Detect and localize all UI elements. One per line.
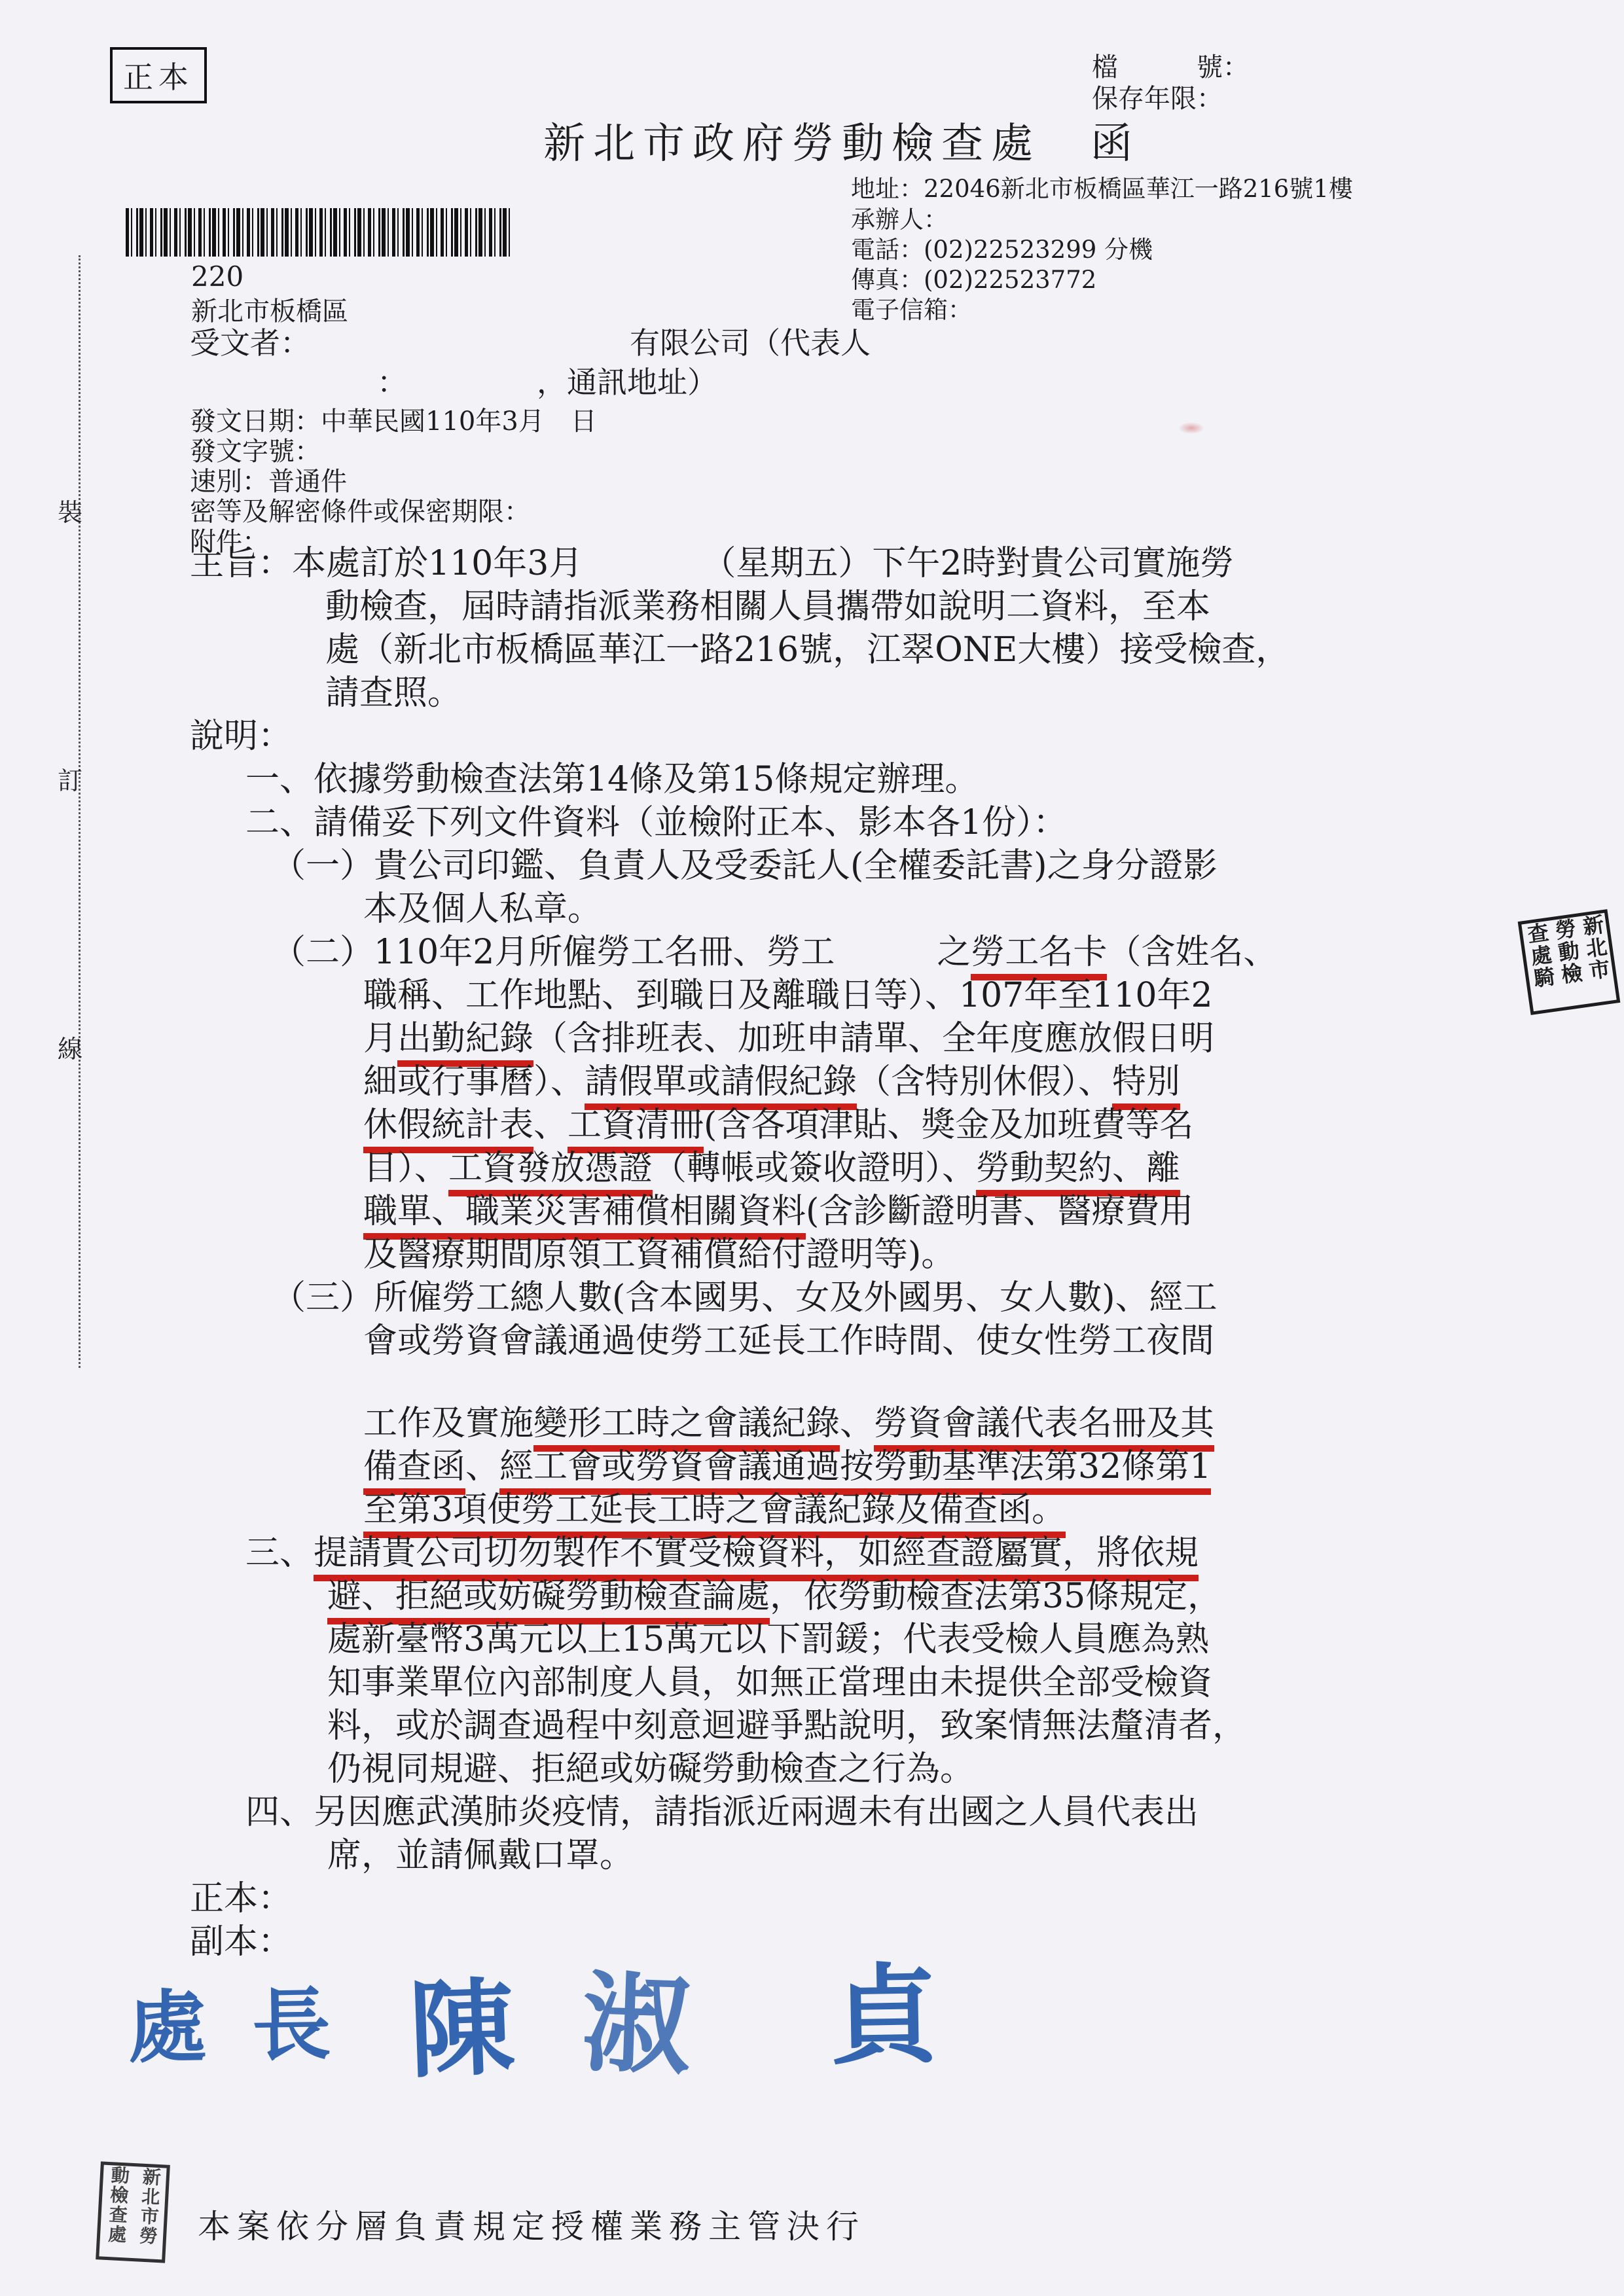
doc-text: 動檢查，屆時請指派業務相關人員攜帶如說明二資料，至本	[325, 587, 1210, 626]
doc-line: 月出勤紀錄（含排班表、加班申請單、全年度應放假日明	[363, 1018, 1214, 1059]
signature-title: 處長	[127, 1962, 378, 2079]
doc-text: 、	[533, 1105, 568, 1145]
doc-text: （轉帳或簽收證明）、	[653, 1149, 976, 1188]
seal-text-column: 動檢查處	[105, 2165, 128, 2257]
doc-text: 工作及實施	[363, 1404, 533, 1443]
doc-line: 料，或於調查過程中刻意迴避爭點說明，致案情無法釐清者，	[327, 1706, 1246, 1746]
doc-line: 細或行事曆）、請假單或請假紀錄（含特別休假）、特別	[363, 1062, 1180, 1102]
doc-text: 及醫療期間原領工資補償給付證明等)。	[363, 1235, 955, 1274]
doc-line: 主旨：本處訂於110年3月 （星期五）下午2時對貴公司實施勞	[190, 543, 1234, 584]
doc-line: 及醫療期間原領工資補償給付證明等)。	[363, 1234, 955, 1275]
red-underlined-phrase: 勞資會議代表名冊及其	[874, 1404, 1214, 1452]
doc-text: 二、請備妥下列文件資料（並檢附正本、影本各1份）：	[245, 803, 1067, 842]
doc-text: (含診斷證明書、醫療費用	[806, 1192, 1193, 1231]
doc-text: 職稱、工作地點、到職日及離職日等）、107年至110年2	[363, 976, 1213, 1015]
doc-text: 請查照。	[325, 673, 461, 713]
recipient-value: 有限公司（代表人	[630, 319, 871, 363]
red-underlined-phrase: 經工會或勞資會議通過按勞動基準法第32條第1	[499, 1447, 1211, 1495]
seal-text-column: 新北市	[1580, 913, 1613, 1003]
red-underlined-phrase: 勞工名卡	[971, 933, 1107, 980]
binding-dotted-line	[79, 255, 81, 1368]
doc-line: 一、依據勞動檢查法第14條及第15條規定辦理。	[245, 759, 979, 800]
doc-line: 目）、工資發放憑證（轉帳或簽收證明）、勞動契約、離	[363, 1148, 1180, 1189]
doc-line: 職稱、工作地點、到職日及離職日等）、107年至110年2	[363, 975, 1213, 1016]
doc-text: （三）所僱勞工總人數(含本國男、女及外國男、女人數)、經工	[272, 1278, 1218, 1318]
copy-type-stamp: 正本	[110, 47, 207, 103]
binding-mark-xian: 線	[58, 1029, 82, 1065]
doc-line: （一）貴公司印鑑、負責人及受委託人(全權委託書)之身分證影	[272, 846, 1218, 886]
red-underlined-phrase: 工資發放憑證	[448, 1149, 653, 1196]
doc-text: 正本：	[190, 1879, 292, 1918]
binding-mark-ding: 訂	[58, 761, 82, 797]
doc-text: 副本：	[190, 1922, 292, 1962]
document-title: 新北市政府勞動檢查處 函	[543, 110, 1140, 170]
red-underlined-phrase: 休假統計表	[363, 1105, 533, 1153]
doc-text: 料，或於調查過程中刻意迴避爭點說明，致案情無法釐清者，	[327, 1706, 1246, 1746]
doc-line: 動檢查，屆時請指派業務相關人員攜帶如說明二資料，至本	[325, 586, 1210, 627]
doc-text: 知事業單位內部制度人員，如無正當理由未提供全部受檢資	[327, 1663, 1212, 1702]
doc-line: 副本：	[190, 1922, 292, 1962]
agency-address: 地址：22046新北市板橋區華江一路216號1樓	[851, 169, 1353, 204]
signature-name-char2: 淑	[580, 1937, 693, 2096]
doc-text: （含姓名、	[1107, 933, 1277, 972]
authorization-seal: 新北市勞 動檢查處	[96, 2161, 170, 2263]
doc-line: 仍視同規避、拒絕或妨礙勞動檢查之行為。	[327, 1749, 974, 1789]
file-number-label: 檔 號：	[1092, 52, 1249, 82]
delegation-note: 本案依分層負責規定授權業務主管決行	[198, 2200, 865, 2248]
doc-text: 處新臺幣3萬元以上15萬元以下罰鍰；代表受檢人員應為熟	[327, 1620, 1209, 1659]
doc-text: (含各項津貼、獎金及加班費等名	[704, 1105, 1193, 1145]
doc-text: 會或勞資會議通過使勞工延長工作時間、使女性勞工夜間	[363, 1321, 1214, 1361]
recipient-label: 受文者：	[190, 319, 310, 363]
signature-name-char1: 陳	[406, 1943, 516, 2097]
doc-line: 備查函、經工會或勞資會議通過按勞動基準法第32條第1	[363, 1446, 1211, 1487]
doc-line: 休假統計表、工資清冊(含各項津貼、獎金及加班費等名	[363, 1105, 1193, 1145]
doc-line: 本及個人私章。	[363, 889, 602, 929]
doc-text: 本及個人私章。	[363, 889, 602, 929]
postal-code: 220	[191, 260, 244, 293]
doc-line: 處新臺幣3萬元以上15萬元以下罰鍰；代表受檢人員應為熟	[327, 1619, 1209, 1660]
doc-line: （二）110年2月所僱勞工名冊、勞工 之勞工名卡（含姓名、	[272, 932, 1277, 973]
signature-name-char3: 貞	[829, 1929, 939, 2086]
recipient-line2-colon: ：	[377, 359, 407, 402]
red-underlined-phrase: 至第3項使勞工延長工時之會議紀錄及備查函。	[363, 1490, 1066, 1538]
doc-text: ，依勞動檢查法第35條規定，	[770, 1577, 1221, 1616]
doc-text: 一、依據勞動檢查法第14條及第15條規定辦理。	[245, 760, 979, 799]
doc-line: 工作及實施變形工時之會議紀錄、勞資會議代表名冊及其	[363, 1403, 1214, 1444]
doc-text: 、	[840, 1404, 874, 1443]
doc-text: （一）貴公司印鑑、負責人及受委託人(全權委託書)之身分證影	[272, 846, 1218, 886]
recipient-line2-rest: ，通訊地址）	[537, 359, 717, 402]
doc-text: 處（新北市板橋區華江一路216號，江翠ONE大樓）接受檢查，	[325, 630, 1290, 670]
doc-line: 說明：	[190, 716, 292, 757]
doc-line: 職單、職業災害補償相關資料(含診斷證明書、醫療費用	[363, 1191, 1193, 1232]
red-underlined-phrase: 工資清冊	[568, 1105, 704, 1153]
doc-line: 會或勞資會議通過使勞工延長工作時間、使女性勞工夜間	[363, 1321, 1214, 1361]
red-ink-smudge	[1178, 422, 1204, 434]
red-underlined-phrase: 出勤紀錄	[397, 1019, 533, 1067]
doc-text: 月	[363, 1019, 397, 1058]
doc-line: 處（新北市板橋區華江一路216號，江翠ONE大樓）接受檢查，	[325, 630, 1290, 670]
red-underlined-phrase: 避、拒絕或妨礙勞動檢查論處	[327, 1577, 770, 1624]
doc-line: 四、另因應武漢肺炎疫情，請指派近兩週未有出國之人員代表出	[245, 1792, 1199, 1833]
doc-text: （含排班表、加班申請單、全年度應放假日明	[533, 1019, 1214, 1058]
doc-text: （含特別休假）、	[857, 1062, 1112, 1102]
doc-text: 說明：	[190, 717, 292, 756]
postal-barcode	[126, 208, 513, 257]
doc-text: 主旨：本處訂於110年3月 （星期五）下午2時對貴公司實施勞	[190, 544, 1234, 583]
doc-text: 仍視同規避、拒絕或妨礙勞動檢查之行為。	[327, 1749, 974, 1789]
scanned-document: 正本 檔 號： 保存年限： 新北市政府勞動檢查處 函 地址：22046新北市板橋…	[0, 0, 1624, 2296]
doc-text: 四、另因應武漢肺炎疫情，請指派近兩週未有出國之人員代表出	[245, 1793, 1199, 1832]
doc-line: 請查照。	[325, 673, 461, 713]
doc-line: 知事業單位內部制度人員，如無正當理由未提供全部受檢資	[327, 1662, 1212, 1703]
doc-text: 三、	[245, 1534, 314, 1573]
doc-line: 二、請備妥下列文件資料（並檢附正本、影本各1份）：	[245, 802, 1067, 843]
doc-line: 避、拒絕或妨礙勞動檢查論處，依勞動檢查法第35條規定，	[327, 1576, 1221, 1617]
binding-mark-zhuang: 裝	[58, 492, 82, 528]
doc-text: 席，並請佩戴口罩。	[327, 1836, 634, 1875]
doc-text: 目）、	[363, 1149, 448, 1188]
seal-text-column: 新北市勞	[137, 2167, 160, 2259]
doc-line: 至第3項使勞工延長工時之會議紀錄及備查函。	[363, 1490, 1066, 1530]
doc-text: 細或行事曆）、	[363, 1062, 585, 1102]
red-underlined-phrase: 特別	[1112, 1062, 1180, 1110]
red-underlined-phrase: 職單、職業災害補償相關資料	[363, 1192, 806, 1240]
red-underlined-phrase: 請假單或請假紀錄	[585, 1062, 857, 1110]
doc-text: 、	[465, 1447, 499, 1486]
doc-text: （二）110年2月所僱勞工名冊、勞工 之	[272, 933, 971, 972]
page-joint-seal: 新北市 勞動檢 查處騎	[1518, 909, 1621, 1015]
red-underlined-phrase: 勞動契約、離	[976, 1149, 1180, 1196]
doc-line: （三）所僱勞工總人數(含本國男、女及外國男、女人數)、經工	[272, 1278, 1218, 1318]
doc-line: 正本：	[190, 1878, 292, 1919]
red-underlined-phrase: 備查函	[363, 1447, 465, 1495]
red-underlined-phrase: 變形工時之會議紀錄	[533, 1404, 840, 1452]
doc-line: 席，並請佩戴口罩。	[327, 1835, 634, 1876]
doc-line: 三、提請貴公司切勿製作不實受檢資料，如經查證屬實，將依規	[245, 1533, 1199, 1573]
red-underlined-phrase: 提請貴公司切勿製作不實受檢資料，如經查證屬實，將依規	[314, 1534, 1199, 1581]
